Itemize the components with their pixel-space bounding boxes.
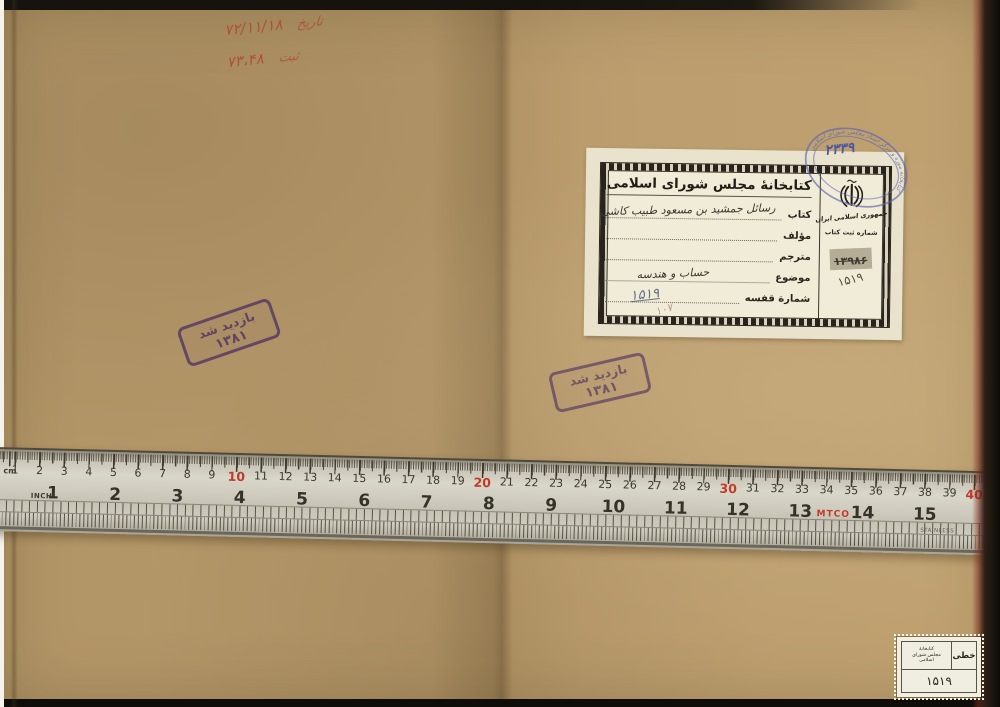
red-note-date: ۷۲/۱۱/۱۸: [223, 15, 283, 39]
ruler-cm-number: 37: [893, 485, 907, 498]
field-label-subject: موضوع: [769, 272, 810, 284]
handwritten-book-title: رسائل جمشید بن مسعود طبیب کاشی: [601, 201, 776, 218]
red-note-number: ۷۳،۴۸: [226, 49, 265, 71]
red-note-word2: ثبت: [278, 49, 300, 66]
ruler-cm-number: 5: [110, 466, 117, 479]
ruler-cm-number: 27: [647, 479, 661, 492]
ruler-cm-number: 12: [278, 470, 292, 483]
ruler-cm-number: 21: [500, 475, 514, 488]
ruler-cm-number: 29: [696, 480, 710, 493]
photo-vignette: [0, 0, 1000, 707]
ruler-brand-text: MTCO: [816, 509, 850, 520]
handwritten-subject: حساب و هندسه: [636, 266, 709, 282]
ruler-cm-number: 14: [328, 471, 342, 484]
oval-stamp-rim-text: کتابخانه موزه و مرکز اسناد مجلس شورای اس…: [805, 115, 917, 195]
ruler-cm-number: 25: [598, 478, 612, 491]
ruler-cm-number: 28: [672, 480, 686, 493]
bookplate-row-translator: مترجم: [606, 239, 811, 263]
ruler-cm-number: 7: [159, 467, 166, 480]
bookplate-header: کتابخانۀ مجلس شورای اسلامی: [607, 175, 812, 198]
corner-library-line: اسلامی: [919, 658, 934, 664]
ruler-cm-number: 23: [549, 477, 563, 490]
photo-edge-top: [0, 0, 940, 10]
side-registration-number: ۱۳۹۸۶: [834, 254, 868, 268]
ruler-cm-number: 10: [227, 469, 245, 484]
library-bookplate: جمهوری اسلامی ایران شماره ثبت کتاب ۱۳۹۸۶…: [584, 148, 905, 340]
side-registration-box: ۱۳۹۸۶: [830, 248, 872, 271]
red-note-line1: تاریخ ۷۲/۱۱/۱۸: [148, 11, 324, 47]
ruler-cm-number: 4: [85, 465, 92, 478]
corner-catalog-label: خطی کتابخانهٔ مجلس شورای اسلامی ۱۵۱۹: [897, 637, 981, 697]
ruler-cm-number: 36: [869, 484, 883, 497]
bookplate-main-area: کتابخانۀ مجلس شورای اسلامی کتاب رسائل جم…: [599, 171, 820, 318]
ruler-cm-number: 39: [942, 486, 956, 499]
ruler-cm-number: 8: [184, 468, 191, 481]
side-shelf-number: ۱۵۱۹: [836, 270, 864, 290]
handwritten-shelf-number: ۱۵۱۹: [629, 285, 660, 304]
ruler-cm-number: 26: [623, 478, 637, 491]
ruler-cm-number: 3: [61, 465, 68, 478]
corner-label-top-row: خطی کتابخانهٔ مجلس شورای اسلامی: [902, 642, 976, 670]
book-board-right-edge: [972, 0, 1000, 707]
ruler-cm-number: 17: [401, 473, 415, 486]
inspection-stamp-left: بازدید شد ۱۳۸۱: [176, 297, 282, 368]
ruler-cm-number: 9: [208, 468, 215, 481]
corner-label-type: خطی: [951, 642, 976, 669]
field-line: ۱۵۱۹: [605, 287, 739, 304]
ruler-cm-number: 30: [719, 481, 737, 496]
bookplate-row-shelf: شمارة قفسه ۱۵۱۹: [605, 281, 810, 305]
field-label-shelf: شمارة قفسه: [739, 293, 811, 305]
ruler-cm-number: 33: [795, 483, 809, 496]
ruler-cm-number: 16: [377, 472, 391, 485]
photo-edge-left: [0, 0, 4, 707]
ruler-cm-number: 34: [819, 483, 833, 496]
ruler-cm-number: 32: [770, 482, 784, 495]
red-note-word1: تاریخ: [296, 14, 323, 32]
ruler-cm-number: 15: [352, 472, 366, 485]
field-label-author: مؤلف: [777, 230, 811, 241]
red-note-line2: ثبت ۷۳،۴۸: [151, 46, 299, 79]
red-handwritten-notes: تاریخ ۷۲/۱۱/۱۸ ثبت ۷۳،۴۸: [148, 11, 327, 79]
ruler-cm-number: 13: [303, 471, 317, 484]
corner-label-library: کتابخانهٔ مجلس شورای اسلامی: [902, 642, 951, 669]
scanned-book-photo: تاریخ ۷۲/۱۱/۱۸ ثبت ۷۳،۴۸: [0, 0, 1000, 707]
corner-label-inner: خطی کتابخانهٔ مجلس شورای اسلامی ۱۵۱۹: [901, 641, 977, 693]
blue-handwritten-number: ۲۳۳۹: [824, 140, 856, 159]
field-label-book: کتاب: [782, 210, 812, 221]
field-label-translator: مترجم: [773, 251, 811, 263]
ruler-cm-number: 20: [473, 475, 491, 490]
page-center-fold: [430, 0, 580, 707]
corner-label-number: ۱۵۱۹: [902, 670, 976, 692]
ruler-cm-number: 35: [844, 484, 858, 497]
ruler-cm-number: 24: [574, 477, 588, 490]
bookplate-row-author: مؤلف: [606, 218, 811, 242]
bookplate-row-subject: موضوع حساب و هندسه: [605, 260, 810, 284]
svg-text:کتابخانه موزه و مرکز اسناد مجل: کتابخانه موزه و مرکز اسناد مجلس شورای اس…: [805, 115, 917, 195]
ruler-cm-number: 18: [426, 474, 440, 487]
ruler-material-text: STAINLESS: [920, 528, 954, 535]
ruler-cm-number: 11: [254, 469, 268, 482]
page-left-crease: [10, 0, 18, 707]
side-registration-label: شماره ثبت کتاب: [825, 228, 878, 237]
ruler-cm-number: 22: [524, 476, 538, 489]
bookplate-row-book: کتاب رسائل جمشید بن مسعود طبیب کاشی: [606, 197, 811, 221]
photo-edge-bottom: [0, 699, 1000, 707]
ruler-cm-number: 1: [11, 463, 18, 476]
steel-ruler: cm 1234567891011121314151617181920212223…: [0, 447, 1000, 556]
ruler-cm-number: 2: [36, 464, 43, 477]
ruler-cm-number: 19: [451, 474, 465, 487]
pencil-annotation: ۱۰۷: [654, 301, 675, 319]
ruler-cm-number: 38: [918, 486, 932, 499]
inspection-stamp-center: بازدید شد ۱۳۸۱: [548, 352, 653, 414]
ruler-cm-number: 31: [746, 481, 760, 494]
ruler-cm-number: 6: [134, 466, 141, 479]
